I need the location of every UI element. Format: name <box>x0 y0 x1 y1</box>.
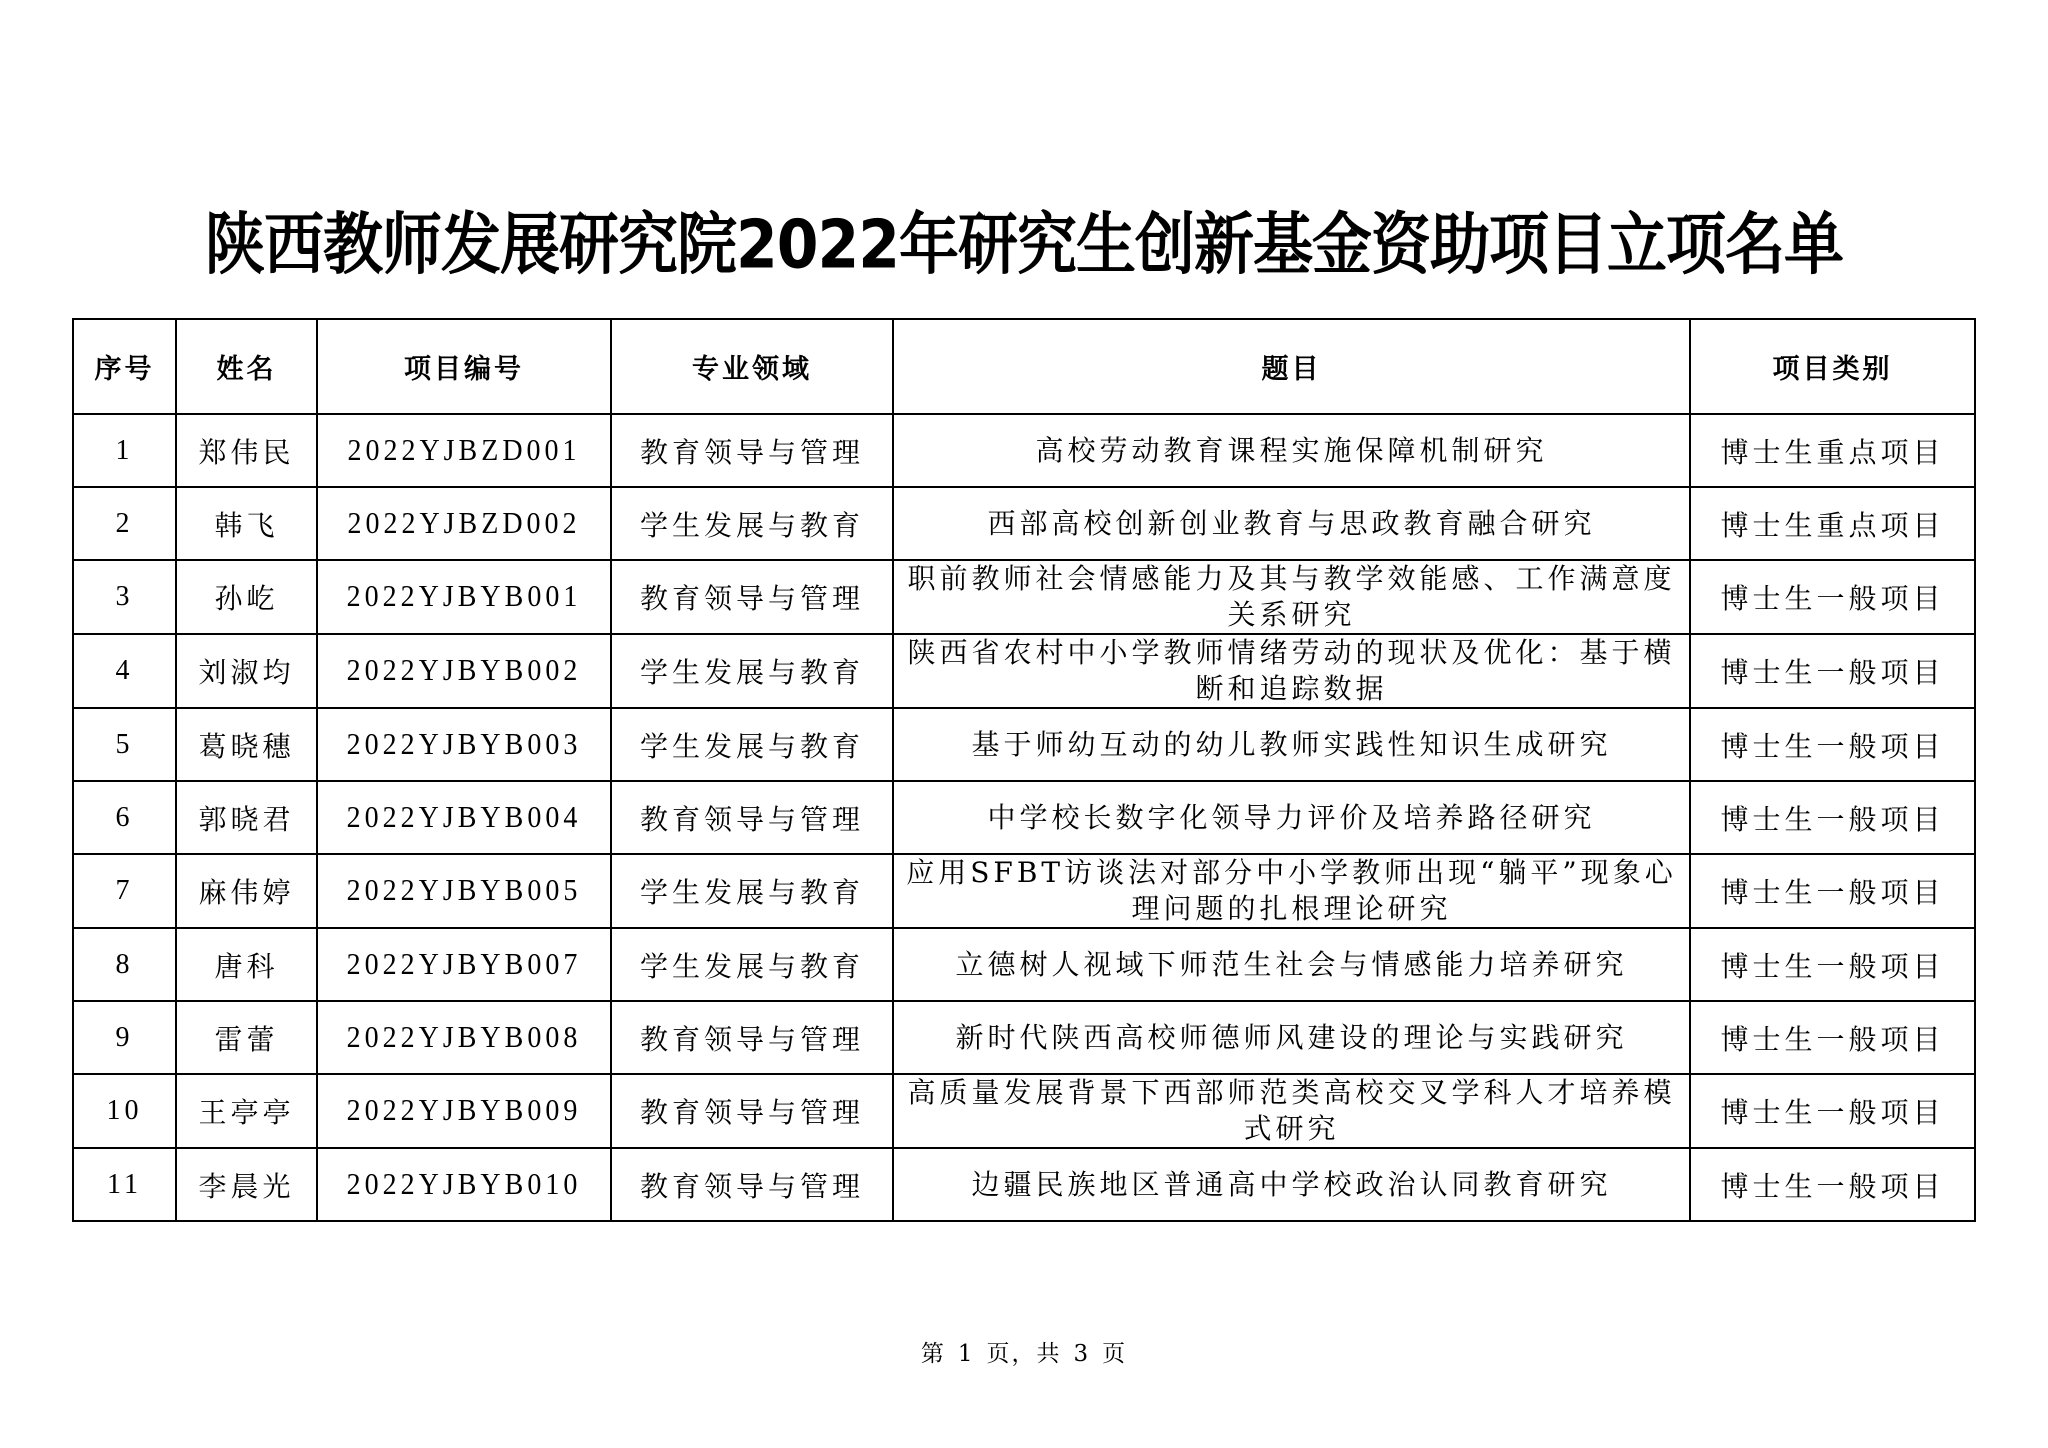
table-header-row: 序号 姓名 项目编号 专业领域 题目 项目类别 <box>73 319 1975 414</box>
cell-field: 教育领导与管理 <box>611 560 893 634</box>
cell-project-code: 2022YJBYB007 <box>317 924 611 1004</box>
cell-topic: 边疆民族地区普通高中学校政治认同教育研究 <box>893 1148 1690 1221</box>
cell-field: 教育领导与管理 <box>611 781 893 854</box>
cell-name: 郭晓君 <box>176 781 317 854</box>
cell-name: 葛晓穗 <box>176 708 317 781</box>
cell-category: 博士生一般项目 <box>1690 1148 1975 1221</box>
table-row: 8 唐科 2022YJBYB007 学生发展与教育 立德树人视域下师范生社会与情… <box>73 928 1975 1001</box>
header-serial: 序号 <box>73 319 176 414</box>
cell-name: 李晨光 <box>176 1148 317 1221</box>
header-name: 姓名 <box>176 319 317 414</box>
page-prefix: 第 <box>921 1341 946 1367</box>
cell-category: 博士生一般项目 <box>1690 634 1975 708</box>
table-row: 9 雷蕾 2022YJBYB008 教育领导与管理 新时代陕西高校师德师风建设的… <box>73 1001 1975 1074</box>
cell-serial: 10 <box>73 1074 176 1148</box>
table-row: 6 郭晓君 2022YJBYB004 教育领导与管理 中学校长数字化领导力评价及… <box>73 781 1975 854</box>
cell-field: 教育领导与管理 <box>611 414 893 487</box>
cell-category: 博士生重点项目 <box>1690 414 1975 487</box>
cell-name: 王亭亭 <box>176 1074 317 1148</box>
table-row: 7 麻伟婷 2022YJBYB005 学生发展与教育 应用SFBT访谈法对部分中… <box>73 854 1975 928</box>
cell-topic: 中学校长数字化领导力评价及培养路径研究 <box>893 781 1690 854</box>
current-page: 1 <box>958 1341 975 1367</box>
cell-category: 博士生一般项目 <box>1690 854 1975 928</box>
cell-name: 雷蕾 <box>176 1001 317 1074</box>
cell-name: 麻伟婷 <box>176 854 317 928</box>
cell-project-code: 2022YJBYB004 <box>317 777 611 857</box>
cell-category: 博士生一般项目 <box>1690 708 1975 781</box>
cell-topic: 陕西省农村中小学教师情绪劳动的现状及优化：基于横断和追踪数据 <box>893 634 1690 708</box>
cell-field: 学生发展与教育 <box>611 487 893 560</box>
cell-name: 韩飞 <box>176 487 317 560</box>
cell-category: 博士生一般项目 <box>1690 1074 1975 1148</box>
cell-project-code: 2022YJBYB008 <box>317 997 611 1077</box>
cell-name: 刘淑均 <box>176 634 317 708</box>
table-row: 1 郑伟民 2022YJBZD001 教育领导与管理 高校劳动教育课程实施保障机… <box>73 414 1975 487</box>
cell-category: 博士生一般项目 <box>1690 928 1975 1001</box>
cell-name: 唐科 <box>176 928 317 1001</box>
cell-field: 学生发展与教育 <box>611 708 893 781</box>
table-row: 3 孙屹 2022YJBYB001 教育领导与管理 职前教师社会情感能力及其与教… <box>73 560 1975 634</box>
header-category: 项目类别 <box>1690 319 1975 414</box>
cell-serial: 11 <box>73 1148 176 1221</box>
cell-topic: 高质量发展背景下西部师范类高校交叉学科人才培养模式研究 <box>893 1074 1690 1148</box>
cell-field: 学生发展与教育 <box>611 634 893 708</box>
cell-serial: 3 <box>73 560 176 634</box>
cell-field: 教育领导与管理 <box>611 1074 893 1148</box>
cell-serial: 5 <box>73 708 176 781</box>
cell-serial: 8 <box>73 928 176 1001</box>
cell-topic: 高校劳动教育课程实施保障机制研究 <box>893 414 1690 487</box>
cell-serial: 9 <box>73 1001 176 1074</box>
table-row: 2 韩飞 2022YJBZD002 学生发展与教育 西部高校创新创业教育与思政教… <box>73 487 1975 560</box>
cell-field: 教育领导与管理 <box>611 1001 893 1074</box>
cell-category: 博士生一般项目 <box>1690 1001 1975 1074</box>
cell-topic: 立德树人视域下师范生社会与情感能力培养研究 <box>893 928 1690 1001</box>
cell-serial: 7 <box>73 854 176 928</box>
cell-project-code: 2022YJBYB010 <box>317 1144 611 1224</box>
cell-category: 博士生重点项目 <box>1690 487 1975 560</box>
cell-project-code: 2022YJBYB001 <box>317 556 611 637</box>
cell-category: 博士生一般项目 <box>1690 560 1975 634</box>
cell-serial: 4 <box>73 634 176 708</box>
cell-serial: 2 <box>73 487 176 560</box>
cell-project-code: 2022YJBZD001 <box>317 410 611 490</box>
table-row: 4 刘淑均 2022YJBYB002 学生发展与教育 陕西省农村中小学教师情绪劳… <box>73 634 1975 708</box>
cell-project-code: 2022YJBYB002 <box>317 630 611 711</box>
cell-serial: 6 <box>73 781 176 854</box>
cell-topic: 应用SFBT访谈法对部分中小学教师出现“躺平”现象心理问题的扎根理论研究 <box>893 854 1690 928</box>
cell-topic: 职前教师社会情感能力及其与教学效能感、工作满意度关系研究 <box>893 560 1690 634</box>
header-field: 专业领域 <box>611 319 893 414</box>
cell-field: 教育领导与管理 <box>611 1148 893 1221</box>
table-row: 10 王亭亭 2022YJBYB009 教育领导与管理 高质量发展背景下西部师范… <box>73 1074 1975 1148</box>
cell-project-code: 2022YJBYB005 <box>317 850 611 931</box>
cell-topic: 新时代陕西高校师德师风建设的理论与实践研究 <box>893 1001 1690 1074</box>
cell-project-code: 2022YJBYB003 <box>317 704 611 784</box>
page-indicator: 第1页，共3页 <box>0 1335 2048 1368</box>
cell-project-code: 2022YJBZD002 <box>317 483 611 563</box>
header-project-code: 项目编号 <box>317 319 611 414</box>
total-pages: 3 <box>1074 1341 1091 1367</box>
cell-project-code: 2022YJBYB009 <box>317 1070 611 1151</box>
page-mid: 页，共 <box>987 1341 1062 1367</box>
cell-category: 博士生一般项目 <box>1690 781 1975 854</box>
cell-field: 学生发展与教育 <box>611 928 893 1001</box>
cell-topic: 西部高校创新创业教育与思政教育融合研究 <box>893 487 1690 560</box>
document-title: 陕西教师发展研究院2022年研究生创新基金资助项目立项名单 <box>0 200 2048 290</box>
cell-topic: 基于师幼互动的幼儿教师实践性知识生成研究 <box>893 708 1690 781</box>
table-row: 11 李晨光 2022YJBYB010 教育领导与管理 边疆民族地区普通高中学校… <box>73 1148 1975 1221</box>
header-topic: 题目 <box>893 319 1690 414</box>
cell-serial: 1 <box>73 414 176 487</box>
cell-name: 孙屹 <box>176 560 317 634</box>
table-row: 5 葛晓穗 2022YJBYB003 学生发展与教育 基于师幼互动的幼儿教师实践… <box>73 708 1975 781</box>
cell-field: 学生发展与教育 <box>611 854 893 928</box>
page-suffix: 页 <box>1102 1341 1127 1367</box>
project-list-table: 序号 姓名 项目编号 专业领域 题目 项目类别 1 郑伟民 2022YJBZD0… <box>72 318 1976 1222</box>
cell-name: 郑伟民 <box>176 414 317 487</box>
